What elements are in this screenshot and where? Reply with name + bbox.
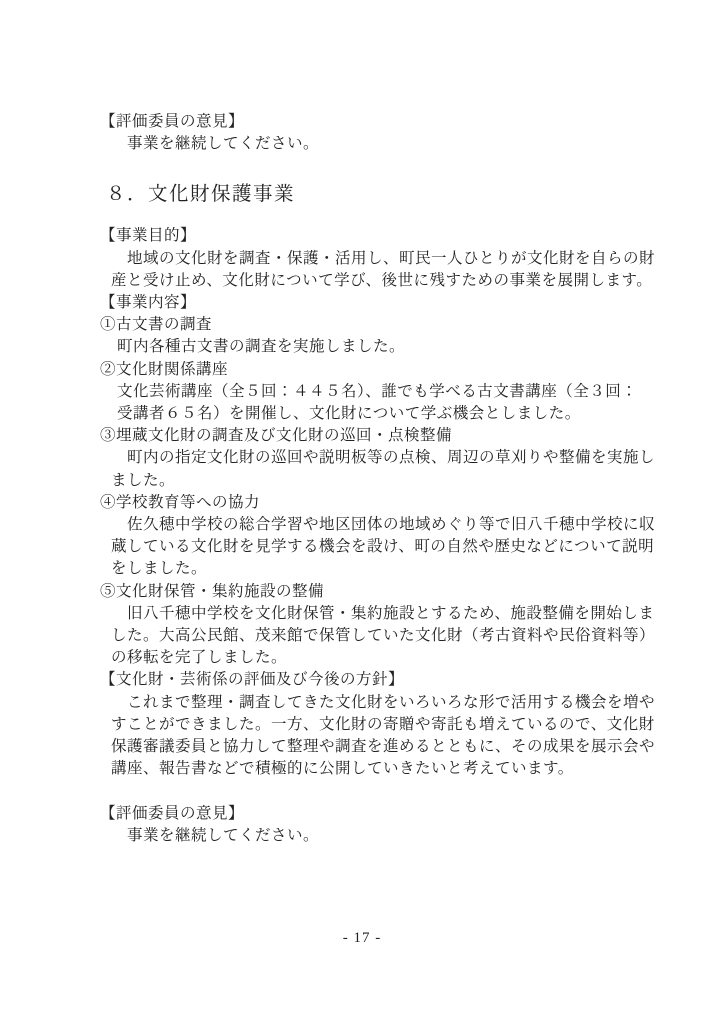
text-line: 蔵している文化財を見学する機会を設け、町の自然や歴史などについて説明 xyxy=(100,536,634,558)
text-line: 町内の指定文化財の巡回や説明板等の点検、周辺の草刈りや整備を実施し xyxy=(100,447,634,469)
text-line: 【事業目的】 xyxy=(100,225,634,247)
text-line: 講座、報告書などで積極的に公開していきたいと考えています。 xyxy=(100,758,634,780)
document-page: 【評価委員の意見】事業を継続してください。 ８．文化財保護事業 【事業目的】地域… xyxy=(0,0,724,1024)
text-line: ④学校教育等への協力 xyxy=(100,492,634,514)
text-line: 受講者６５名）を開催し、文化財について学ぶ機会としました。 xyxy=(100,403,634,425)
text-line: の移転を完了しました。 xyxy=(100,647,634,669)
section-heading: ８．文化財保護事業 xyxy=(106,181,634,209)
text-line: 【評価委員の意見】 xyxy=(100,111,634,133)
text-line: 産と受け止め、文化財について学び、後世に残すための事業を展開します。 xyxy=(100,270,634,292)
prev-section-opinion-block: 【評価委員の意見】事業を継続してください。 xyxy=(100,111,634,155)
text-line: 文化芸術講座（全５回：４４５名）、誰でも学べる古文書講座（全３回： xyxy=(100,381,634,403)
text-line: ②文化財関係講座 xyxy=(100,359,634,381)
text-line: 地域の文化財を調査・保護・活用し、町民一人ひとりが文化財を自らの財 xyxy=(100,248,634,270)
text-line: 【文化財・芸術係の評価及び今後の方針】 xyxy=(100,669,634,691)
text-line: 【事業内容】 xyxy=(100,292,634,314)
text-line: 佐久穂中学校の総合学習や地区団体の地域めぐり等で旧八千穂中学校に収 xyxy=(100,514,634,536)
text-line: した。大高公民館、茂来館で保管していた文化財（考古資料や民俗資料等） xyxy=(100,625,634,647)
text-line: ⑤文化財保管・集約施設の整備 xyxy=(100,581,634,603)
text-line: 事業を継続してください。 xyxy=(100,825,634,847)
text-line: すことができました。一方、文化財の寄贈や寄託も増えているので、文化財 xyxy=(100,714,634,736)
section-body-block: 【事業目的】地域の文化財を調査・保護・活用し、町民一人ひとりが文化財を自らの財産… xyxy=(100,225,634,847)
text-line: 事業を継続してください。 xyxy=(100,133,634,155)
text-line: 保護審議委員と協力して整理や調査を進めるとともに、その成果を展示会や xyxy=(100,736,634,758)
text-line: 町内各種古文書の調査を実施しました。 xyxy=(100,336,634,358)
text-line: これまで整理・調査してきた文化財をいろいろな形で活用する機会を増や xyxy=(100,692,634,714)
text-line: をしました。 xyxy=(100,558,634,580)
text-line: ①古文書の調査 xyxy=(100,314,634,336)
text-line: 【評価委員の意見】 xyxy=(100,803,634,825)
text-line: ③埋蔵文化財の調査及び文化財の巡回・点検整備 xyxy=(100,425,634,447)
page-number: - 17 - xyxy=(0,930,724,947)
text-line: 旧八千穂中学校を文化財保管・集約施設とするため、施設整備を開始しま xyxy=(100,603,634,625)
blank-line xyxy=(100,780,634,802)
text-line: ました。 xyxy=(100,470,634,492)
